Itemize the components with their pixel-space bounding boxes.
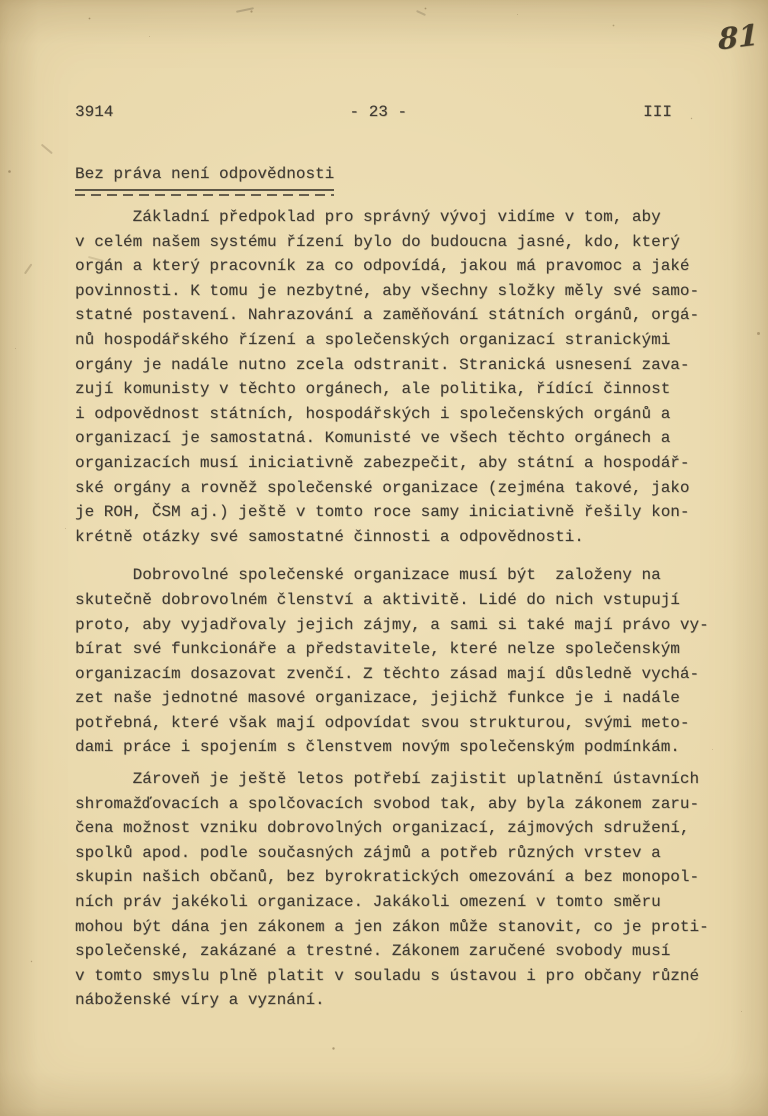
section-numeral: III — [643, 100, 672, 125]
paragraph-1: Základní předpoklad pro správný vývoj vi… — [75, 205, 750, 549]
handwritten-page-number: 81 — [718, 17, 759, 56]
title-block: Bez práva není odpovědnosti — [75, 162, 334, 196]
document-body: Základní předpoklad pro správný vývoj vi… — [75, 205, 750, 1013]
paper-fiber — [416, 10, 426, 16]
paper-fiber — [41, 144, 53, 154]
paper-speckles — [0, 0, 3, 3]
page-header: 3914 - 23 - III — [0, 100, 768, 125]
paragraph-3: Zároveň je ještě letos potřebí zajistit … — [75, 767, 750, 1013]
document-title: Bez práva není odpovědnosti — [75, 162, 334, 191]
title-underline-dashes — [75, 194, 334, 196]
scanned-document-page: 81 3914 - 23 - III Bez práva není odpově… — [0, 0, 768, 1116]
paper-fiber — [236, 7, 254, 13]
document-number: 3914 — [75, 100, 113, 125]
paragraph-2: Dobrovolné společenské organizace musí b… — [75, 563, 750, 760]
paper-fiber — [24, 263, 32, 274]
page-number-marker: - 23 - — [349, 100, 407, 125]
